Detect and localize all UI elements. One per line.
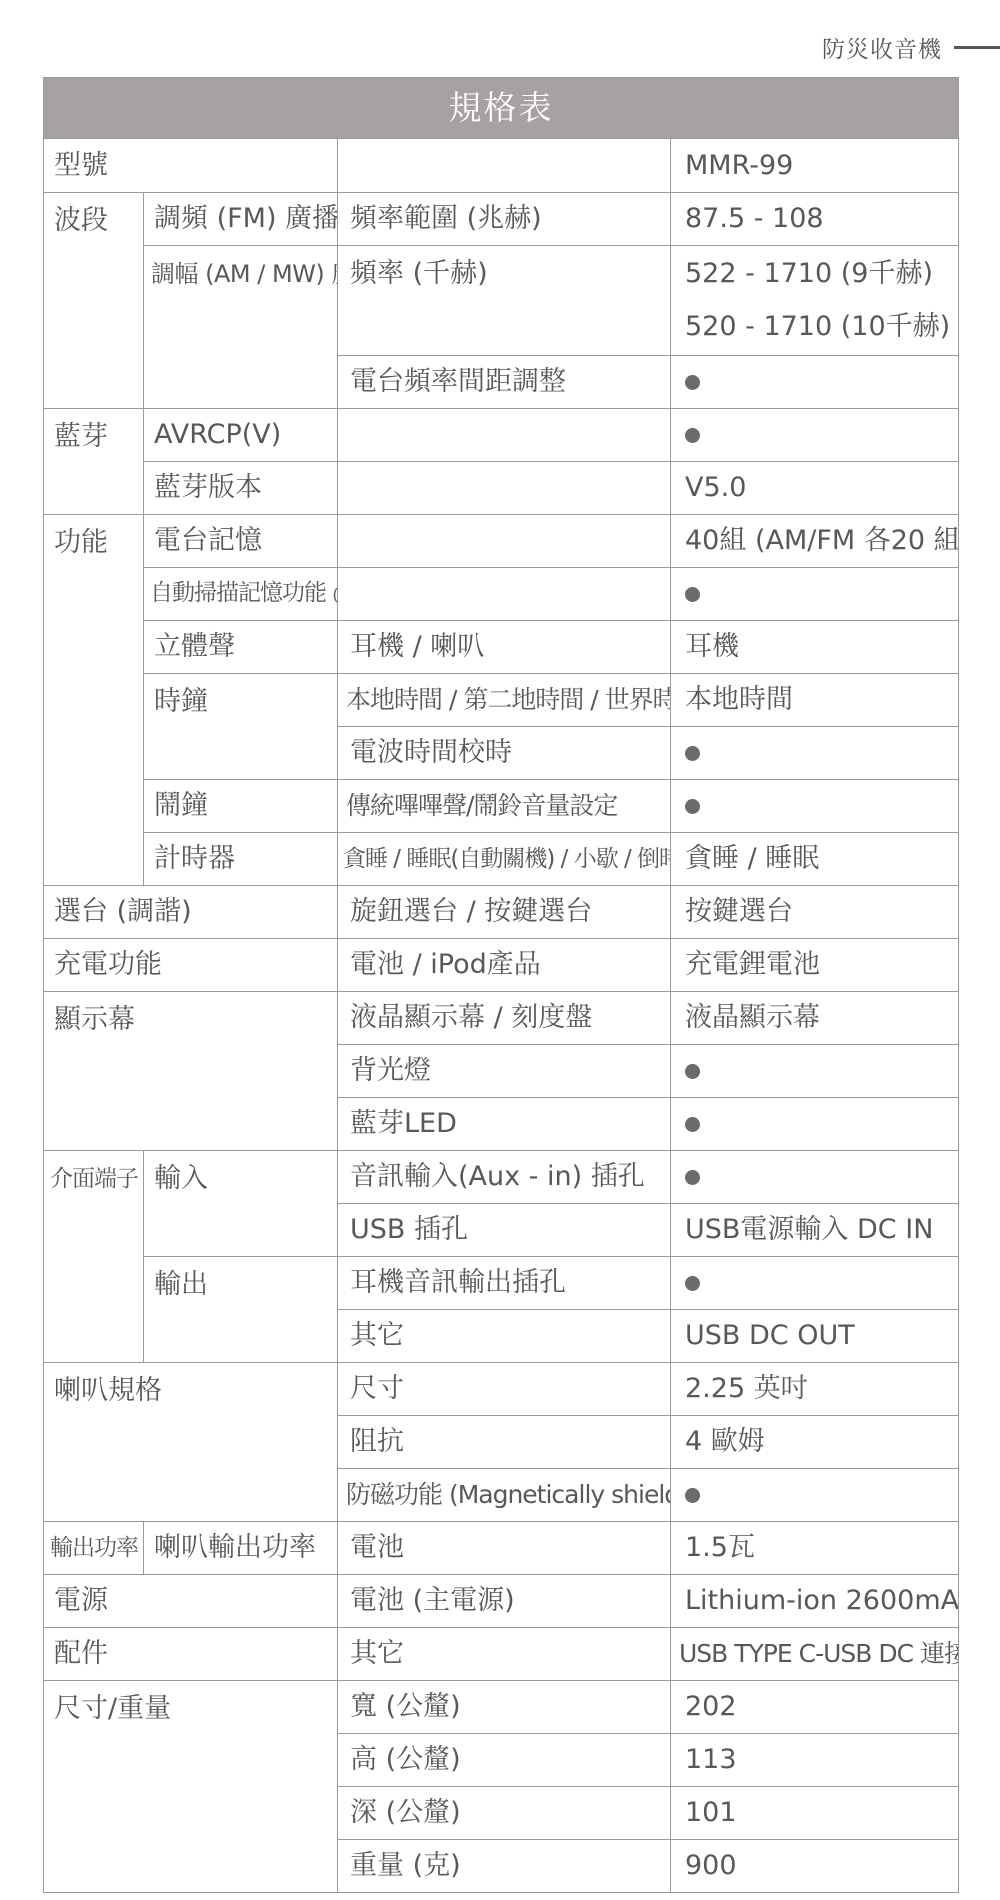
cell-tuning-value: 按鍵選台	[671, 886, 959, 939]
cell-io-aux-value: ●	[671, 1151, 959, 1204]
cell-io-output-sub: 輸出	[144, 1257, 338, 1363]
cell-band-step-value: ●	[671, 356, 959, 409]
cell-bt-group: 藍芽	[44, 409, 144, 515]
cell-band-step-desc: 電台頻率間距調整	[338, 356, 671, 409]
cell-dim-weight-desc: 重量 (克)	[338, 1840, 671, 1893]
cell-io-usb-value: USB電源輸入 DC IN	[671, 1204, 959, 1257]
supported-dot-icon: ●	[685, 428, 700, 443]
spec-sheet-page: 防災收音機 規格表 型號 MMR-99 波段 調頻 (FM) 廣播 頻率範圍 (…	[0, 0, 1000, 1900]
cell-fn-ats-value: ●	[671, 568, 959, 621]
row-accessory: 配件 其它 USB TYPE C-USB DC 連接線	[44, 1628, 959, 1681]
cell-io-usb-desc: USB 插孔	[338, 1204, 671, 1257]
cell-tuning-desc: 旋鈕選台 / 按鍵選台	[338, 886, 671, 939]
cell-fn-radio-sync-desc: 電波時間校時	[338, 727, 671, 780]
cell-fn-timer-sub: 計時器	[144, 833, 338, 886]
band-am-value-line2: 520 - 1710 (10千赫)	[685, 308, 948, 346]
cell-backlight-value: ●	[671, 1045, 959, 1098]
band-am-value-line1: 522 - 1710 (9千赫)	[685, 255, 948, 293]
supported-dot-icon: ●	[685, 1170, 700, 1185]
cell-dim-width-desc: 寬 (公釐)	[338, 1681, 671, 1734]
cell-display-value: 液晶顯示幕	[671, 992, 959, 1045]
tag-rule-line	[954, 46, 1000, 49]
cell-bt-led-value: ●	[671, 1098, 959, 1151]
row-fn-stereo: 立體聲 耳機 / 喇叭 耳機	[44, 621, 959, 674]
supported-dot-icon: ●	[685, 1488, 700, 1503]
cell-bt-avrcp-value: ●	[671, 409, 959, 462]
cell-tuning-label: 選台 (調諧)	[44, 886, 338, 939]
cell-spk-size-value: 2.25 英吋	[671, 1363, 959, 1416]
cell-fn-radio-sync-value: ●	[671, 727, 959, 780]
cell-charging-desc: 電池 / iPod產品	[338, 939, 671, 992]
cell-dim-depth-desc: 深 (公釐)	[338, 1787, 671, 1840]
cell-fn-clock-sub: 時鐘	[144, 674, 338, 780]
row-band-am: 調幅 (AM / MW) 廣播 頻率 (千赫) 522 - 1710 (9千赫)…	[44, 246, 959, 356]
cell-dim-depth-value: 101	[671, 1787, 959, 1840]
cell-spk-impedance-desc: 阻抗	[338, 1416, 671, 1469]
cell-display-label: 顯示幕	[44, 992, 338, 1151]
cell-fn-stereo-desc: 耳機 / 喇叭	[338, 621, 671, 674]
supported-dot-icon: ●	[685, 1276, 700, 1291]
cell-io-other-value: USB DC OUT	[671, 1310, 959, 1363]
row-power: 電源 電池 (主電源) Lithium-ion 2600mAh	[44, 1575, 959, 1628]
cell-spk-shield-value: ●	[671, 1469, 959, 1522]
row-display: 顯示幕 液晶顯示幕 / 刻度盤 液晶顯示幕	[44, 992, 959, 1045]
row-charging: 充電功能 電池 / iPod產品 充電鋰電池	[44, 939, 959, 992]
cell-fn-alarm-sub: 鬧鐘	[144, 780, 338, 833]
cell-fn-memory-sub: 電台記憶	[144, 515, 338, 568]
cell-model-value: MMR-99	[671, 139, 959, 193]
cell-fn-stereo-sub: 立體聲	[144, 621, 338, 674]
cell-fn-memory-value: 40組 (AM/FM 各20 組)	[671, 515, 959, 568]
cell-power-out-value: 1.5瓦	[671, 1522, 959, 1575]
cell-band-am-value: 522 - 1710 (9千赫) 520 - 1710 (10千赫)	[671, 246, 959, 356]
cell-accessory-desc: 其它	[338, 1628, 671, 1681]
cell-model-empty	[338, 139, 671, 193]
cell-bt-avrcp-empty	[338, 409, 671, 462]
product-tag-label: 防災收音機	[822, 31, 942, 64]
supported-dot-icon: ●	[685, 746, 700, 761]
cell-power-out-sub: 喇叭輸出功率	[144, 1522, 338, 1575]
cell-fn-clock-value: 本地時間	[671, 674, 959, 727]
cell-display-desc: 液晶顯示幕 / 刻度盤	[338, 992, 671, 1045]
row-fn-timer: 計時器 貪睡 / 睡眠(自動關機) / 小歇 / 倒時計 貪睡 / 睡眠	[44, 833, 959, 886]
cell-fn-alarm-desc: 傳統嗶嗶聲/鬧鈴音量設定	[338, 780, 671, 833]
row-fn-clock: 時鐘 本地時間 / 第二地時間 / 世界時間 本地時間	[44, 674, 959, 727]
cell-fn-stereo-value: 耳機	[671, 621, 959, 674]
supported-dot-icon: ●	[685, 799, 700, 814]
cell-band-am-desc: 頻率 (千赫)	[338, 246, 671, 356]
row-fn-alarm: 鬧鐘 傳統嗶嗶聲/鬧鈴音量設定 ●	[44, 780, 959, 833]
cell-io-group: 介面端子	[44, 1151, 144, 1363]
row-power-out: 輸出功率 喇叭輸出功率 電池 1.5瓦	[44, 1522, 959, 1575]
cell-accessory-value: USB TYPE C-USB DC 連接線	[671, 1628, 959, 1681]
cell-fn-timer-value: 貪睡 / 睡眠	[671, 833, 959, 886]
supported-dot-icon: ●	[685, 1117, 700, 1132]
row-fn-memory: 功能 電台記憶 40組 (AM/FM 各20 組)	[44, 515, 959, 568]
cell-spk-shield-desc: 防磁功能 (Magnetically shield)	[338, 1469, 671, 1522]
cell-band-group: 波段	[44, 193, 144, 409]
cell-dim-label: 尺寸/重量	[44, 1681, 338, 1893]
cell-fn-ats-empty	[338, 568, 671, 621]
cell-bt-version-value: V5.0	[671, 462, 959, 515]
cell-io-aux-desc: 音訊輸入(Aux - in) 插孔	[338, 1151, 671, 1204]
spec-table: 規格表 型號 MMR-99 波段 調頻 (FM) 廣播 頻率範圍 (兆赫) 87…	[43, 77, 959, 1893]
row-fn-ats: 自動掃描記憶功能 (ATS) ●	[44, 568, 959, 621]
cell-model-label: 型號	[44, 139, 338, 193]
cell-fn-ats-sub: 自動掃描記憶功能 (ATS)	[144, 568, 338, 621]
supported-dot-icon: ●	[685, 587, 700, 602]
row-bt-avrcp: 藍芽 AVRCP(V) ●	[44, 409, 959, 462]
row-io-aux: 介面端子 輸入 音訊輸入(Aux - in) 插孔 ●	[44, 1151, 959, 1204]
cell-io-other-desc: 其它	[338, 1310, 671, 1363]
cell-fn-timer-desc: 貪睡 / 睡眠(自動關機) / 小歇 / 倒時計	[338, 833, 671, 886]
supported-dot-icon: ●	[685, 375, 700, 390]
cell-dim-width-value: 202	[671, 1681, 959, 1734]
cell-charging-value: 充電鋰電池	[671, 939, 959, 992]
cell-spk-size-desc: 尺寸	[338, 1363, 671, 1416]
row-spk-size: 喇叭規格 尺寸 2.25 英吋	[44, 1363, 959, 1416]
cell-fn-alarm-value: ●	[671, 780, 959, 833]
cell-dim-height-value: 113	[671, 1734, 959, 1787]
row-io-phone-out: 輸出 耳機音訊輸出插孔 ●	[44, 1257, 959, 1310]
cell-bt-led-desc: 藍芽LED	[338, 1098, 671, 1151]
cell-spk-label: 喇叭規格	[44, 1363, 338, 1522]
cell-power-desc: 電池 (主電源)	[338, 1575, 671, 1628]
cell-band-am-sub: 調幅 (AM / MW) 廣播	[144, 246, 338, 409]
ats-abbrev: (ATS)	[332, 585, 337, 604]
row-dim-width: 尺寸/重量 寬 (公釐) 202	[44, 1681, 959, 1734]
cell-dim-weight-value: 900	[671, 1840, 959, 1893]
cell-dim-height-desc: 高 (公釐)	[338, 1734, 671, 1787]
row-bt-version: 藍芽版本 V5.0	[44, 462, 959, 515]
product-tag: 防災收音機	[822, 31, 1000, 64]
cell-band-fm-sub: 調頻 (FM) 廣播	[144, 193, 338, 246]
cell-band-fm-value: 87.5 - 108	[671, 193, 959, 246]
cell-power-label: 電源	[44, 1575, 338, 1628]
cell-io-phone-out-desc: 耳機音訊輸出插孔	[338, 1257, 671, 1310]
cell-accessory-label: 配件	[44, 1628, 338, 1681]
cell-power-out-desc: 電池	[338, 1522, 671, 1575]
cell-power-out-label: 輸出功率	[44, 1522, 144, 1575]
spec-table-title-row: 規格表	[44, 78, 959, 139]
cell-spk-impedance-value: 4 歐姆	[671, 1416, 959, 1469]
cell-io-phone-out-value: ●	[671, 1257, 959, 1310]
row-tuning: 選台 (調諧) 旋鈕選台 / 按鍵選台 按鍵選台	[44, 886, 959, 939]
cell-fn-clock-desc: 本地時間 / 第二地時間 / 世界時間	[338, 674, 671, 727]
cell-bt-avrcp-sub: AVRCP(V)	[144, 409, 338, 462]
spec-table-title: 規格表	[44, 78, 959, 139]
cell-fn-group: 功能	[44, 515, 144, 886]
row-band-fm: 波段 調頻 (FM) 廣播 頻率範圍 (兆赫) 87.5 - 108	[44, 193, 959, 246]
cell-bt-version-sub: 藍芽版本	[144, 462, 338, 515]
cell-fn-memory-empty	[338, 515, 671, 568]
row-model: 型號 MMR-99	[44, 139, 959, 193]
cell-bt-version-empty	[338, 462, 671, 515]
cell-band-fm-desc: 頻率範圍 (兆赫)	[338, 193, 671, 246]
cell-backlight-desc: 背光燈	[338, 1045, 671, 1098]
cell-charging-label: 充電功能	[44, 939, 338, 992]
cell-power-value: Lithium-ion 2600mAh	[671, 1575, 959, 1628]
supported-dot-icon: ●	[685, 1064, 700, 1079]
cell-io-input-sub: 輸入	[144, 1151, 338, 1257]
